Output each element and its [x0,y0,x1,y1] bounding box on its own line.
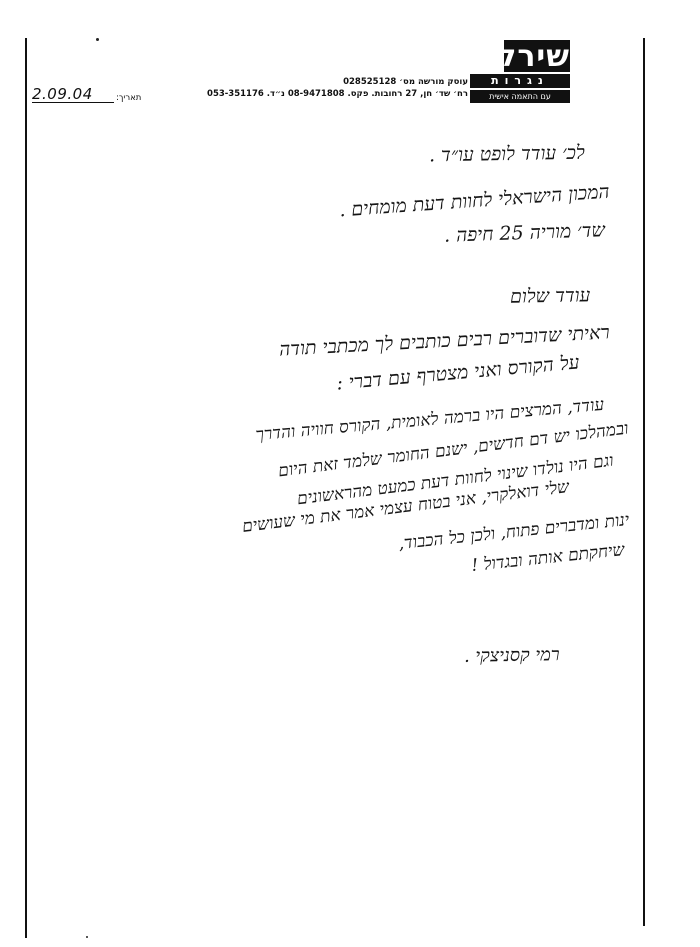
company-logo: שירק נגרות עם התאמה אישית [470,40,570,103]
address-line: רח׳ שד׳ חן, 27 רחובות. פקס. 08-9471808 נ… [207,88,468,100]
scan-speck [86,936,88,938]
body-line: על הקורס ואני מצטרף עם דברי : [336,351,581,395]
recipient-line-2: המכון הישראלי לחוות דעת מומחים . [339,181,611,223]
signature: רמי קסניצקי . [464,644,560,667]
scan-speck [96,38,99,41]
date-field: תאריך: 2.09.04 [32,87,141,103]
logo-tagline: עם התאמה אישית [470,90,570,103]
letter-page: שירק נגרות עם התאמה אישית עוסק מורשה מס׳… [0,0,700,947]
date-label: תאריך: [116,93,141,103]
left-margin-line [25,38,27,938]
company-details: עוסק מורשה מס׳ 028525128 רח׳ שד׳ חן, 27 … [207,76,468,100]
greeting: עודד שלום [509,284,590,308]
recipient-line-3: שד׳ מוריה 25 חיפה . [444,219,606,248]
body-line: שיחקתם אותה ובגדול ! [471,540,626,576]
logo-band: נגרות [470,74,570,88]
registration-number: עוסק מורשה מס׳ 028525128 [207,76,468,88]
right-margin-line [643,38,645,926]
recipient-line-1: לכ׳ עודד לופט עו״ד . [429,142,585,168]
date-value: 2.09.04 [32,87,114,103]
logo-name: שירק [504,40,570,72]
